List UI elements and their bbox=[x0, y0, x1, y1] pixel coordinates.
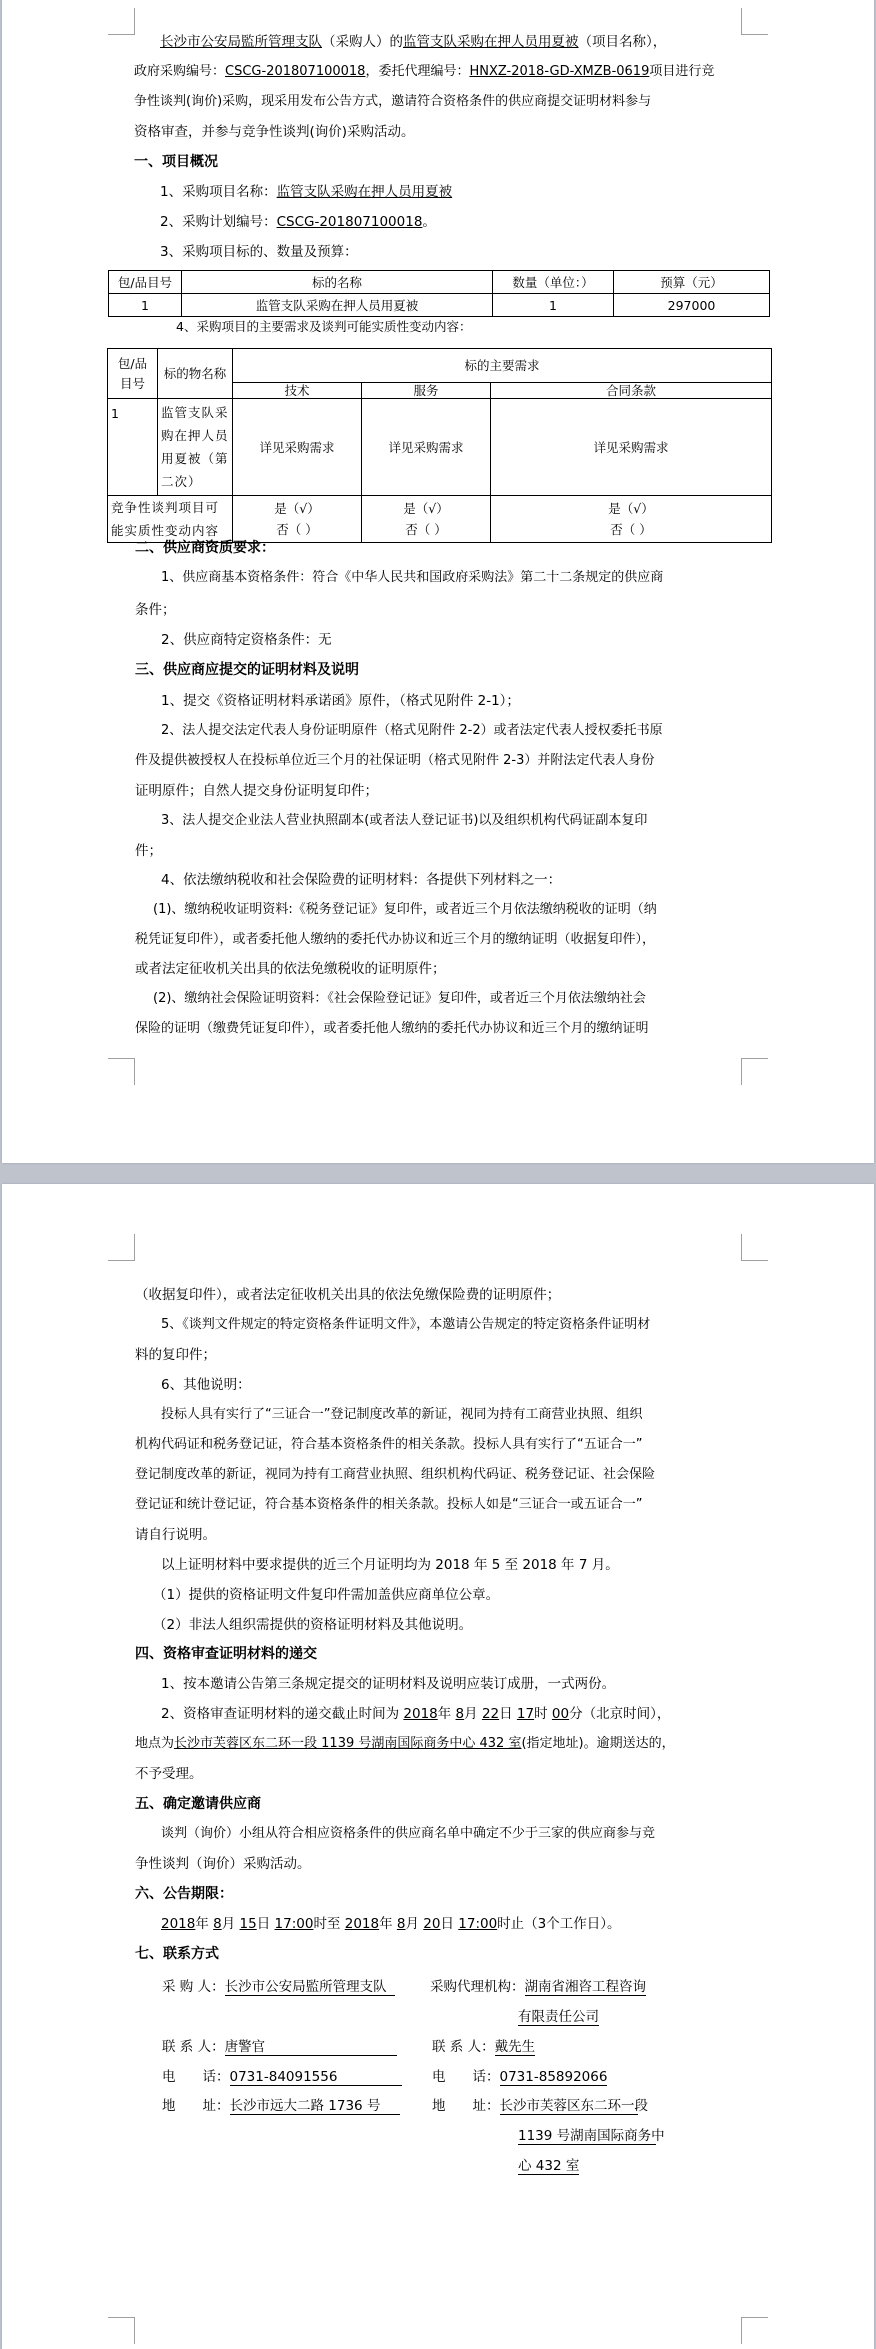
agency-row: 采购代理机构：湖南省湘咨工程咨询 bbox=[430, 1975, 646, 1996]
paragraph: 1、供应商基本资格条件：符合《中华人民共和国政府采购法》第二十二条规定的供应商 bbox=[135, 569, 745, 587]
paragraph: 1、提交《资格证明材料承诺函》原件，（格式见附件 2-1）； bbox=[135, 692, 745, 710]
table-cell: 是（√）否（ ） bbox=[233, 496, 362, 543]
agency-address-row: 地 址：长沙市芙蓉区东二环一段 bbox=[432, 2094, 638, 2115]
margin-corner-mark bbox=[108, 1058, 135, 1085]
paragraph: 2、供应商特定资格条件：无 bbox=[135, 631, 745, 649]
table-header: 包/品目号 bbox=[109, 271, 182, 294]
agency-value: 湖南省湘咨工程咨询 bbox=[525, 1975, 647, 1996]
paragraph: 税凭证复印件），或者委托他人缴纳的委托代办协议和近三个月的缴纳证明（收据复印件）… bbox=[135, 931, 745, 949]
purchaser-phone: 0731-84091556 bbox=[230, 2069, 402, 2086]
agency-address: 1139 号湖南国际商务中 bbox=[518, 2124, 656, 2145]
text: (指定地址)。逾期送达的， bbox=[521, 1736, 674, 1751]
table-cell: 详见采购需求 bbox=[491, 399, 772, 496]
paragraph: 证明原件；自然人提交身份证明复印件； bbox=[135, 782, 745, 800]
paragraph: 机构代码证和税务登记证，符合基本资格条件的相关条款。投标人具有实行了“五证合一” bbox=[135, 1436, 745, 1454]
table-cell: 1 bbox=[493, 294, 614, 317]
submission-location: 长沙市芙蓉区东二环一段 1139 号湖南国际商务中心 432 室 bbox=[174, 1736, 521, 1751]
purchaser-value: 长沙市公安局監所管理支队 bbox=[225, 1975, 395, 1996]
paragraph: （1）提供的资格证明文件复印件需加盖供应商单位公章。 bbox=[135, 1586, 745, 1604]
agency-phone: 0731-85892066 bbox=[500, 2069, 608, 2086]
agency-contact: 戴先生 bbox=[495, 2035, 536, 2056]
label: 采购代理机构： bbox=[430, 1979, 525, 1995]
paragraph: 以上证明材料中要求提供的近三个月证明均为 2018 年 5 至 2018 年 7… bbox=[135, 1556, 745, 1574]
table-cell: 监管支队采购在押人员用夏被（第二次） bbox=[158, 399, 233, 496]
table-row: 1 监管支队采购在押人员用夏被（第二次） 详见采购需求 详见采购需求 详见采购需… bbox=[108, 399, 772, 496]
margin-corner-mark bbox=[741, 2317, 768, 2344]
document-page-1: 长沙市公安局監所管理支队（采购人）的监管支队采购在押人员用夏被（项目名称）， 政… bbox=[2, 0, 874, 1163]
paragraph: 件及提供被授权人在投标单位近三个月的社保证明（格式见附件 2-3）并附法定代表人… bbox=[135, 752, 745, 770]
text: 时 bbox=[534, 1706, 548, 1722]
deadline-year: 2018 bbox=[403, 1706, 437, 1722]
deadline-hour: 17 bbox=[517, 1706, 534, 1722]
label: 联 系 人： bbox=[432, 2039, 495, 2055]
intro-line-3: 争性谈判(询价)采购，现采用发布公告方式，邀请符合资格条件的供应商提交证明材料参… bbox=[134, 93, 744, 111]
table-header: 数量（单位：） bbox=[493, 271, 614, 294]
text: 1、采购项目名称： bbox=[160, 184, 277, 200]
text: 政府采购编号： bbox=[134, 64, 225, 79]
paragraph: 投标人具有实行了“三证合一”登记制度改革的新证，视同为持有工商营业执照、组织 bbox=[135, 1406, 745, 1424]
purchaser-name: 长沙市公安局監所管理支队 bbox=[160, 34, 322, 50]
table-cell: 1 bbox=[108, 399, 158, 496]
text: 时至 bbox=[313, 1916, 340, 1932]
section-heading: 一、项目概况 bbox=[134, 153, 744, 171]
margin-corner-mark bbox=[741, 1234, 768, 1261]
text: 分（北京时间）， bbox=[569, 1706, 670, 1722]
table-header: 标的物名称 bbox=[158, 349, 233, 399]
text: 年 bbox=[379, 1916, 393, 1932]
yes-option: 是（√） bbox=[362, 498, 490, 519]
no-option: 否（ ） bbox=[491, 519, 771, 540]
start-time: 17:00 bbox=[275, 1916, 314, 1932]
paragraph: 登记证和统计登记证，符合基本资格条件的相关条款。投标人如是“三证合一或五证合一” bbox=[135, 1496, 745, 1514]
gov-procurement-number: CSCG-201807100018 bbox=[225, 64, 365, 79]
table-header: 包/品目号 bbox=[108, 349, 158, 399]
end-time: 17:00 bbox=[458, 1916, 497, 1932]
paragraph: 3、法人提交企业法人营业执照副本(或者法人登记证书)以及组织机构代码证副本复印 bbox=[135, 812, 745, 830]
agency-address: 长沙市芙蓉区东二环一段 bbox=[500, 2094, 638, 2115]
agent-number: HNXZ-2018-GD-XMZB-0619 bbox=[469, 64, 649, 79]
section-heading: 四、资格审查证明材料的递交 bbox=[135, 1645, 745, 1663]
item-project-name: 1、采购项目名称：监管支队采购在押人员用夏被 bbox=[134, 183, 744, 201]
table-header: 合同条款 bbox=[491, 383, 772, 399]
paragraph: (2)、缴纳社会保险证明资料：《社会保险登记证》复印件，或者近三个月依法缴纳社会 bbox=[135, 990, 745, 1008]
table-row: 1 监管支队采购在押人员用夏被 1 297000 bbox=[109, 294, 770, 317]
table-header-row: 包/品目号 标的物名称 标的主要需求 bbox=[108, 349, 772, 383]
section-heading: 二、供应商资质要求： bbox=[135, 539, 745, 557]
agency-value: 有限责任公司 bbox=[518, 2005, 599, 2026]
paragraph: 件； bbox=[135, 842, 745, 860]
table-header-row: 包/品目号 标的名称 数量（单位：） 预算（元） bbox=[109, 271, 770, 294]
margin-corner-mark bbox=[741, 1058, 768, 1085]
location-line: 地点为长沙市芙蓉区东二环一段 1139 号湖南国际商务中心 432 室(指定地址… bbox=[135, 1735, 745, 1753]
margin-corner-mark bbox=[108, 1234, 135, 1261]
no-option: 否（ ） bbox=[233, 519, 361, 540]
paragraph: 争性谈判（询价）采购活动。 bbox=[135, 1855, 745, 1873]
table-header: 服务 bbox=[362, 383, 491, 399]
paragraph: 谈判（询价）小组从符合相应资格条件的供应商名单中确定不少于三家的供应商参与竞 bbox=[135, 1825, 745, 1843]
deadline-day: 22 bbox=[482, 1706, 499, 1722]
table-header: 技术 bbox=[233, 383, 362, 399]
text: 日 bbox=[499, 1706, 513, 1722]
section-heading: 六、公告期限： bbox=[135, 1885, 745, 1903]
paragraph: 6、其他说明： bbox=[135, 1376, 745, 1394]
margin-corner-mark bbox=[108, 8, 135, 35]
text: 年 bbox=[438, 1706, 452, 1722]
requirements-table: 包/品目号 标的物名称 标的主要需求 技术 服务 合同条款 1 监管支队采购在押… bbox=[107, 348, 772, 543]
document-page-2: （收据复印件），或者法定征收机关出具的依法免缴保险费的证明原件； 5、《谈判文件… bbox=[2, 1184, 874, 2349]
notice-period: 2018年 8月 15日 17:00时至 2018年 8月 20日 17:00时… bbox=[135, 1915, 745, 1933]
agency-address-row-3: 心 432 室 bbox=[518, 2154, 579, 2175]
agency-address: 心 432 室 bbox=[518, 2154, 579, 2175]
text: 项目进行竞 bbox=[649, 64, 714, 79]
table-header: 标的名称 bbox=[182, 271, 493, 294]
text: 年 bbox=[195, 1916, 209, 1932]
start-day: 15 bbox=[240, 1916, 257, 1932]
text: 地点为 bbox=[135, 1736, 174, 1751]
label: 地 址： bbox=[432, 2098, 500, 2114]
paragraph: 请自行说明。 bbox=[135, 1526, 745, 1544]
label: 电 话： bbox=[162, 2069, 230, 2085]
label: 电 话： bbox=[432, 2069, 500, 2085]
margin-corner-mark bbox=[108, 2317, 135, 2344]
table-cell: 1 bbox=[109, 294, 182, 317]
paragraph: 保险的证明（缴费凭证复印件），或者委托他人缴纳的委托代办协议和近三个月的缴纳证明 bbox=[135, 1020, 745, 1038]
project-name: 监管支队采购在押人员用夏被 bbox=[277, 184, 453, 200]
table-cell: 是（√）否（ ） bbox=[491, 496, 772, 543]
deadline-line: 2、资格审查证明材料的递交截止时间为 2018年 8月 22日 17时 00分（… bbox=[135, 1705, 745, 1723]
table-cell: 详见采购需求 bbox=[362, 399, 491, 496]
section-heading: 三、供应商应提交的证明材料及说明 bbox=[135, 661, 745, 679]
purchaser-contact: 唐警官 bbox=[225, 2035, 397, 2056]
end-day: 20 bbox=[423, 1916, 440, 1932]
purchaser-phone-row: 电 话：0731-84091556 bbox=[162, 2065, 402, 2086]
table-cell: 是（√）否（ ） bbox=[362, 496, 491, 543]
plan-number: CSCG-201807100018 bbox=[277, 214, 423, 230]
purchaser-address-row: 地 址：长沙市远大二路 1736 号 bbox=[162, 2094, 400, 2115]
change-label: 竞争性谈判项目可能实质性变动内容 bbox=[111, 496, 229, 542]
text: 月 bbox=[405, 1916, 419, 1932]
label: 采 购 人： bbox=[162, 1979, 225, 1995]
purchaser-address: 长沙市远大二路 1736 号 bbox=[230, 2094, 400, 2115]
paragraph: （收据复印件），或者法定征收机关出具的依法免缴保险费的证明原件； bbox=[135, 1286, 745, 1304]
text: 月 bbox=[464, 1706, 478, 1722]
margin-corner-mark bbox=[741, 8, 768, 35]
table-row: 竞争性谈判项目可能实质性变动内容 是（√）否（ ） 是（√）否（ ） 是（√）否… bbox=[108, 496, 772, 543]
item-requirements: 4、采购项目的主要需求及谈判可能实质性变动内容： bbox=[134, 318, 786, 336]
text: 日 bbox=[257, 1916, 271, 1932]
text: 月 bbox=[222, 1916, 236, 1932]
end-year: 2018 bbox=[345, 1916, 379, 1932]
paragraph: 4、依法缴纳税收和社会保险费的证明材料：各提供下列材料之一： bbox=[135, 871, 745, 889]
paragraph: 2、法人提交法定代表人身份证明原件（格式见附件 2-2）或者法定代表人授权委托书… bbox=[135, 722, 745, 740]
start-year: 2018 bbox=[161, 1916, 195, 1932]
yes-option: 是（√） bbox=[233, 498, 361, 519]
intro-line-2: 政府采购编号：CSCG-201807100018，委托代理编号：HNXZ-201… bbox=[134, 63, 744, 81]
paragraph: （2）非法人组织需提供的资格证明材料及其他说明。 bbox=[135, 1616, 745, 1634]
intro-line-1: 长沙市公安局監所管理支队（采购人）的监管支队采购在押人员用夏被（项目名称）， bbox=[134, 33, 744, 51]
yes-option: 是（√） bbox=[491, 498, 771, 519]
start-month: 8 bbox=[213, 1916, 222, 1932]
paragraph: 或者法定征收机关出具的依法免缴税收的证明原件； bbox=[135, 960, 745, 978]
text: （采购人）的 bbox=[322, 34, 403, 50]
table-cell: 详见采购需求 bbox=[233, 399, 362, 496]
agency-phone-row: 电 话：0731-85892066 bbox=[432, 2065, 607, 2086]
text: 。 bbox=[422, 214, 436, 230]
paragraph: 不予受理。 bbox=[135, 1765, 745, 1783]
header-text: 包/品目号 bbox=[115, 354, 151, 394]
paragraph: 料的复印件； bbox=[135, 1346, 745, 1364]
agency-address-row-2: 1139 号湖南国际商务中 bbox=[518, 2124, 656, 2145]
item-name: 监管支队采购在押人员用夏被（第二次） bbox=[161, 401, 229, 493]
purchaser-row: 采 购 人：长沙市公安局監所管理支队 bbox=[162, 1975, 395, 1996]
text: 时止（3个工作日）。 bbox=[497, 1916, 620, 1932]
text: 2、采购计划编号： bbox=[160, 214, 277, 230]
text: 日 bbox=[440, 1916, 454, 1932]
no-option: 否（ ） bbox=[362, 519, 490, 540]
purchaser-contact-row: 联 系 人：唐警官 bbox=[162, 2035, 397, 2056]
intro-line-4: 资格审查，并参与竞争性谈判(询价)采购活动。 bbox=[134, 123, 744, 141]
agency-row-2: 有限责任公司 bbox=[518, 2005, 599, 2026]
section-heading: 七、联系方式 bbox=[135, 1945, 745, 1963]
budget-table: 包/品目号 标的名称 数量（单位：） 预算（元） 1 监管支队采购在押人员用夏被… bbox=[108, 270, 770, 317]
table-header: 预算（元） bbox=[614, 271, 770, 294]
table-header: 标的主要需求 bbox=[233, 349, 772, 383]
paragraph: 5、《谈判文件规定的特定资格条件证明文件》，本邀请公告规定的特定资格条件证明材 bbox=[135, 1316, 745, 1334]
deadline-month: 8 bbox=[456, 1706, 465, 1722]
table-cell: 监管支队采购在押人员用夏被 bbox=[182, 294, 493, 317]
paragraph: 条件； bbox=[135, 601, 745, 619]
table-cell: 297000 bbox=[614, 294, 770, 317]
section-heading: 五、确定邀请供应商 bbox=[135, 1795, 745, 1813]
text: ，委托代理编号： bbox=[365, 64, 469, 79]
item-target-budget: 3、采购项目标的、数量及预算： bbox=[134, 243, 744, 261]
paragraph: 1、按本邀请公告第三条规定提交的证明材料及说明应装订成册，一式两份。 bbox=[135, 1675, 745, 1693]
paragraph: 登记制度改革的新证，视同为持有工商营业执照、组织机构代码证、税务登记证、社会保险 bbox=[135, 1466, 745, 1484]
label: 地 址： bbox=[162, 2098, 230, 2114]
table-cell: 竞争性谈判项目可能实质性变动内容 bbox=[108, 496, 233, 543]
item-plan-number: 2、采购计划编号：CSCG-201807100018。 bbox=[134, 213, 744, 231]
agency-contact-row: 联 系 人：戴先生 bbox=[432, 2035, 535, 2056]
project-name: 监管支队采购在押人员用夏被 bbox=[403, 34, 579, 50]
paragraph: (1)、缴纳税收证明资料:《税务登记证》复印件，或者近三个月依法缴纳税收的证明（… bbox=[135, 901, 745, 919]
label: 联 系 人： bbox=[162, 2039, 225, 2055]
text: 2、资格审查证明材料的递交截止时间为 bbox=[161, 1706, 403, 1722]
deadline-minute: 00 bbox=[552, 1706, 569, 1722]
text: （项目名称）， bbox=[579, 34, 667, 50]
